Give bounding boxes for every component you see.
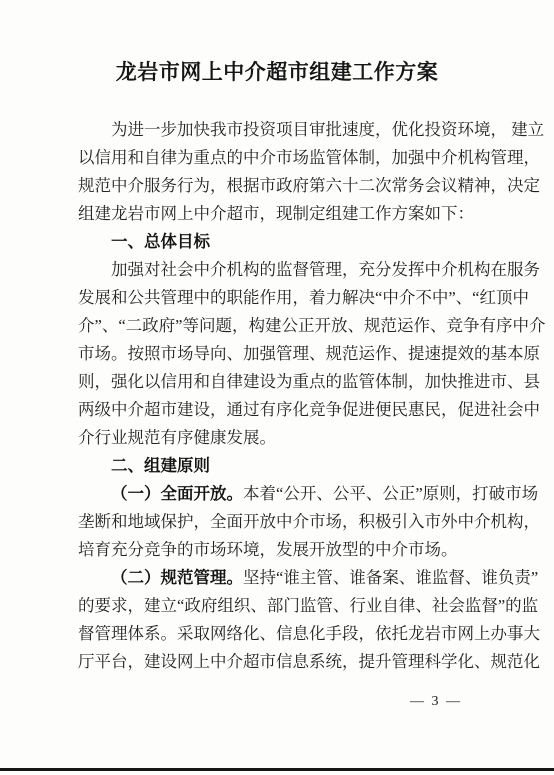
- text-line: 介”、“二政府”等问题，构建公正开放、规范运作、竞争有序中介: [78, 312, 478, 340]
- section-heading: 二、组建原则: [78, 452, 478, 480]
- page-edge-line: [0, 768, 554, 771]
- text-line: 的要求，建立“政府组织、部门监管、行业自律、社会监督”的监: [78, 592, 478, 620]
- text-line: 厅平台，建设网上中介超市信息系统，提升管理科学化、规范化: [78, 648, 478, 676]
- text-line: 加强对社会中介机构的监督管理，充分发挥中介机构在服务: [78, 256, 478, 284]
- text-line: 以信用和自律为重点的中介市场监管体制，加强中介机构管理，: [78, 144, 478, 172]
- paragraph-lead: （二）规范管理。: [111, 569, 243, 587]
- document-body: 为进一步加快我市投资项目审批速度，优化投资环境， 建立以信用和自律为重点的中介市…: [78, 116, 478, 676]
- text-line: 为进一步加快我市投资项目审批速度，优化投资环境， 建立: [78, 116, 478, 144]
- text-line: 两级中介超市建设，通过有序化竞争促进便民惠民，促进社会中: [78, 396, 478, 424]
- text-line: （一）全面开放。本着“公开、公平、公正”原则，打破市场: [78, 480, 478, 508]
- text-line: 规范中介服务行为，根据市政府第六十二次常务会议精神，决定: [78, 172, 478, 200]
- paragraph-lead: （一）全面开放。: [111, 485, 243, 503]
- text-line: 督管理体系。采取网络化、信息化手段，依托龙岩市网上办事大: [78, 620, 478, 648]
- text-line: 培育充分竞争的市场环境，发展开放型的中介市场。: [78, 536, 478, 564]
- section-heading: 一、总体目标: [78, 228, 478, 256]
- page-number: — 3 —: [410, 694, 462, 710]
- text-line: 市场。按照市场导向、加强管理、规范运作、提速提效的基本原: [78, 340, 478, 368]
- document-title: 龙岩市网上中介超市组建工作方案: [0, 56, 554, 88]
- text-line: （二）规范管理。坚持“谁主管、谁备案、谁监督、谁负责”: [78, 564, 478, 592]
- text-line: 垄断和地域保护，全面开放中介市场，积极引入市外中介机构，: [78, 508, 478, 536]
- text-line: 发展和公共管理中的职能作用，着力解决“中介不中”、“红顶中: [78, 284, 478, 312]
- text-line: 组建龙岩市网上中介超市，现制定组建工作方案如下：: [78, 200, 478, 228]
- text-line: 介行业规范有序健康发展。: [78, 424, 478, 452]
- text-line: 则，强化以信用和自律建设为重点的监管体制，加快推进市、县: [78, 368, 478, 396]
- document-page: 龙岩市网上中介超市组建工作方案 为进一步加快我市投资项目审批速度，优化投资环境，…: [0, 0, 554, 775]
